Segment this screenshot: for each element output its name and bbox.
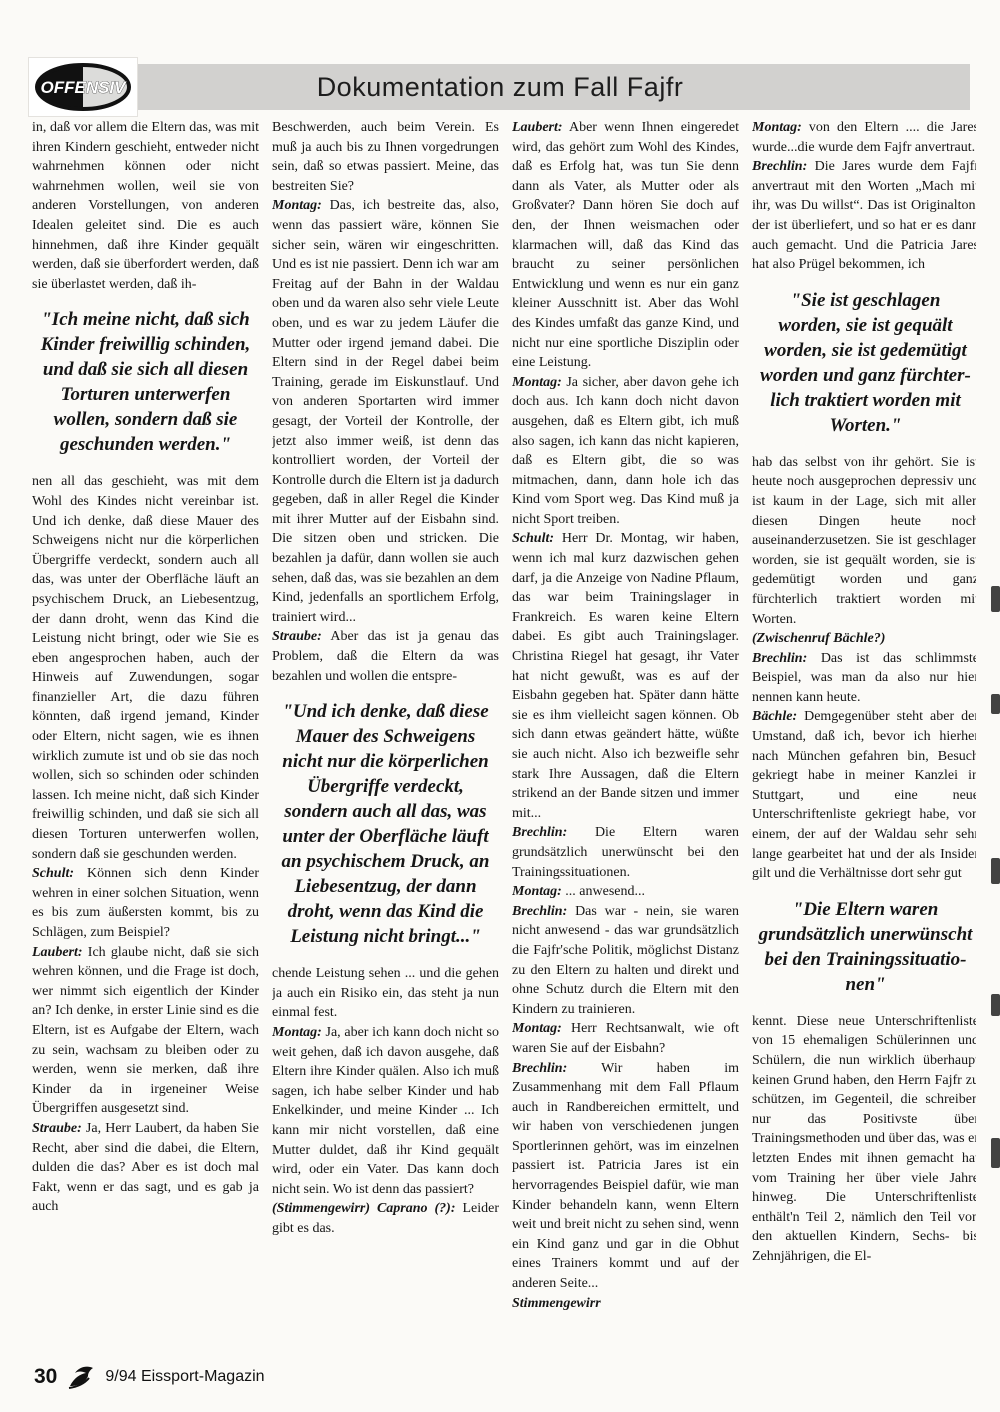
- article-paragraph: Laubert: Aber wenn Ihnen eingeredet wird…: [512, 118, 739, 373]
- scan-edge-artifact: [991, 586, 1000, 612]
- issue-label: 9/94 Eissport-Magazin: [105, 1368, 264, 1386]
- article-column-4: Montag: von den Eltern .... die Jares wu…: [752, 118, 976, 1366]
- speaker-name: Montag:: [512, 375, 562, 390]
- article-paragraph: Brechlin: Das ist das schlimmste Beispie…: [752, 649, 976, 708]
- pull-quote: "Die Eltern waren grundsätzlich uner­wün…: [757, 897, 974, 997]
- article-paragraph: Straube: Ja, Herr Laubert, da haben Sie …: [32, 1119, 259, 1217]
- article-paragraph: Montag: von den Eltern .... die Jares wu…: [752, 118, 976, 157]
- article-paragraph: Brechlin: Wir haben im Zusammenhang mit …: [512, 1059, 739, 1294]
- speaker-name: Montag:: [272, 1025, 322, 1040]
- page-number: 30: [34, 1365, 57, 1389]
- article-paragraph: Montag: ... anwesend...: [512, 882, 739, 902]
- speaker-name: Laubert:: [32, 945, 83, 960]
- article-paragraph: kennt. Diese neue Unterschriftenliste vo…: [752, 1012, 976, 1267]
- article-paragraph: Montag: Ja, aber ich kann doch nicht so …: [272, 1023, 499, 1199]
- pull-quote: "Sie ist geschlagen worden, sie ist ge­q…: [757, 288, 974, 438]
- article-paragraph: (Stimmengewirr) Caprano (?): Leider gibt…: [272, 1199, 499, 1238]
- offensiv-logo: OFFENSIV: [28, 57, 138, 117]
- article-paragraph: Straube: Aber das ist ja genau das Probl…: [272, 627, 499, 686]
- speaker-name: Brechlin:: [752, 159, 807, 174]
- article-columns: in, daß vor allem die Eltern das, was mi…: [32, 118, 976, 1366]
- article-paragraph: Brechlin: Das war - nein, sie waren nich…: [512, 902, 739, 1020]
- article-paragraph: in, daß vor allem die Eltern das, was mi…: [32, 118, 259, 294]
- eissport-bird-icon: [66, 1364, 96, 1390]
- article-paragraph: Montag: Das, ich bestreite das, also, we…: [272, 196, 499, 627]
- speaker-name: (Stimmengewirr) Caprano (?):: [272, 1201, 456, 1216]
- speaker-name: Montag:: [512, 1021, 562, 1036]
- article-paragraph: Laubert: Ich glaube nicht, daß sie sich …: [32, 943, 259, 1119]
- svg-text:OFFENSIV: OFFENSIV: [40, 78, 127, 97]
- speaker-name: Montag:: [512, 884, 562, 899]
- article-paragraph: Brechlin: Die Jares wurde dem Fajfr anve…: [752, 157, 976, 275]
- speaker-name: Bächle:: [752, 709, 797, 724]
- article-column-2: Beschwerden, auch beim Verein. Es muß ja…: [272, 118, 499, 1366]
- offensiv-logo-icon: OFFENSIV: [35, 63, 131, 111]
- speaker-name: Brechlin:: [512, 825, 567, 840]
- speaker-name: Brechlin:: [512, 904, 567, 919]
- scan-edge-artifact: [991, 858, 1000, 884]
- speaker-name: Straube:: [272, 629, 322, 644]
- speaker-name: Montag:: [752, 120, 802, 135]
- stage-direction: Stimmengewirr: [512, 1294, 739, 1314]
- article-column-1: in, daß vor allem die Eltern das, was mi…: [32, 118, 259, 1366]
- scan-edge-artifact: [991, 1138, 1000, 1168]
- speaker-name: Laubert:: [512, 120, 563, 135]
- article-column-3: Laubert: Aber wenn Ihnen eingeredet wird…: [512, 118, 739, 1366]
- header-bar: Dokumentation zum Fall Fajfr: [30, 64, 970, 110]
- speaker-name: Brechlin:: [752, 651, 807, 666]
- article-paragraph: Montag: Herr Rechtsanwalt, wie oft waren…: [512, 1019, 739, 1058]
- speaker-name: Montag:: [272, 198, 322, 213]
- article-paragraph: hab das selbst von ihr gehört. Sie ist h…: [752, 453, 976, 629]
- article-paragraph: chende Leistung sehen ... und die gehen …: [272, 964, 499, 1023]
- page-title: Dokumentation zum Fall Fajfr: [317, 72, 684, 103]
- pull-quote: "Ich meine nicht, daß sich Kinder freiwi…: [37, 307, 254, 457]
- pull-quote: "Und ich denke, daß diese Mauer des Schw…: [277, 699, 494, 949]
- speaker-name: Schult:: [512, 531, 554, 546]
- footer: 30 9/94 Eissport-Magazin: [34, 1364, 265, 1390]
- article-paragraph: Bächle: Demgegenüber steht aber der Umst…: [752, 707, 976, 883]
- stage-direction: (Zwischenruf Bächle?): [752, 629, 976, 649]
- speaker-name: Straube:: [32, 1121, 82, 1136]
- speaker-name: Brechlin:: [512, 1061, 567, 1076]
- article-paragraph: Schult: Herr Dr. Montag, wir haben, wenn…: [512, 529, 739, 823]
- speaker-name: Schult:: [32, 866, 74, 881]
- magazine-page: Dokumentation zum Fall Fajfr OFFENSIV in…: [0, 0, 1000, 1412]
- article-paragraph: Beschwerden, auch beim Verein. Es muß ja…: [272, 118, 499, 196]
- article-paragraph: Brechlin: Die Eltern waren grundsätzlich…: [512, 823, 739, 882]
- scan-edge-artifact: [991, 994, 1000, 1016]
- scan-edge-artifact: [991, 694, 1000, 714]
- article-paragraph: nen all das geschieht, was mit dem Wohl …: [32, 472, 259, 864]
- article-paragraph: Montag: Ja sicher, aber davon gehe ich d…: [512, 373, 739, 530]
- article-paragraph: Schult: Können sich denn Kinder wehren i…: [32, 864, 259, 942]
